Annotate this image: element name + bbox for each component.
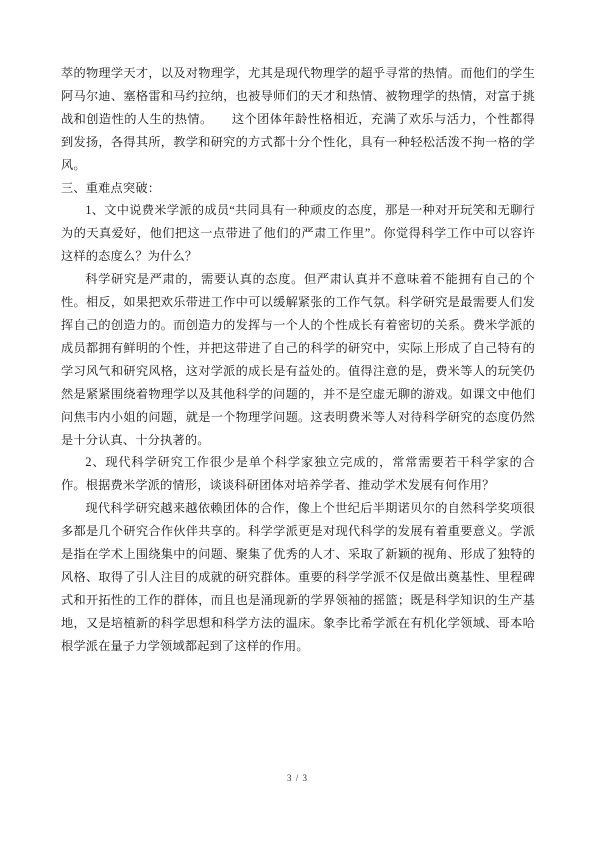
- section-heading: 三、重难点突破：: [61, 177, 535, 200]
- document-body: 萃的物理学天才，以及对物理学，尤其是现代物理学的超乎寻常的热情。而他们的学生阿马…: [61, 62, 535, 658]
- answer-1: 科学研究是严肃的，需要认真的态度。但严肃认真并不意味着不能拥有自己的个性。相反，…: [61, 268, 535, 451]
- paragraph-continuation: 萃的物理学天才，以及对物理学，尤其是现代物理学的超乎寻常的热情。而他们的学生阿马…: [61, 62, 535, 177]
- document-page: 萃的物理学天才，以及对物理学，尤其是现代物理学的超乎寻常的热情。而他们的学生阿马…: [0, 0, 595, 841]
- answer-2: 现代科学研究越来越依赖团体的合作，像上个世纪后半期诺贝尔的自然科学奖项很多都是几…: [61, 497, 535, 657]
- question-1: 1、文中说费米学派的成员“共同具有一种顽皮的态度，那是一种对开玩笑和无聊行为的天…: [61, 199, 535, 268]
- question-2: 2、现代科学研究工作很少是单个科学家独立完成的，常常需要若干科学家的合作。根据费…: [61, 451, 535, 497]
- page-number: 3 / 3: [0, 773, 595, 783]
